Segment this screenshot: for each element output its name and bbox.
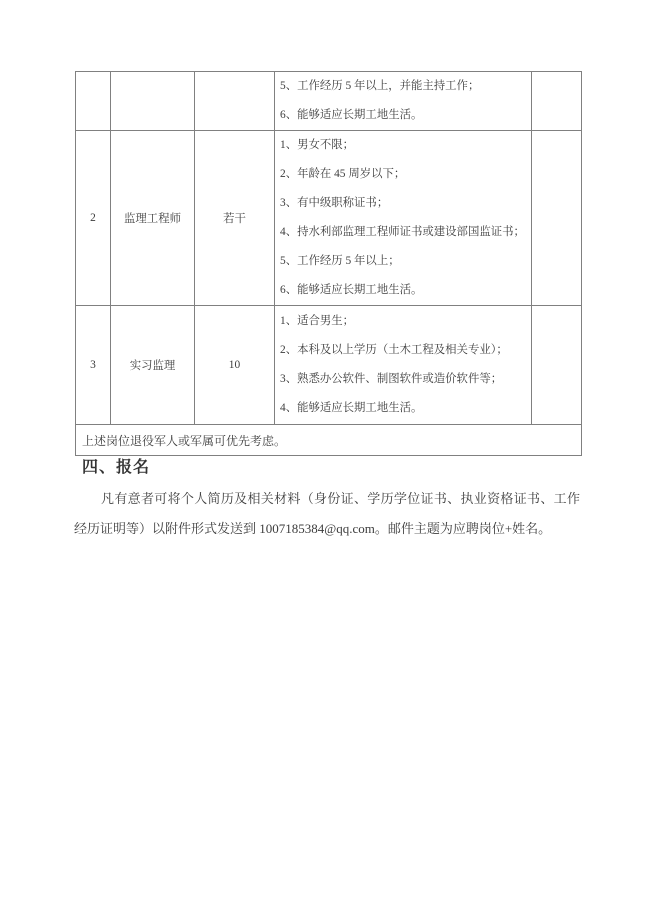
cell-empty	[532, 306, 582, 425]
cell-index	[76, 72, 111, 131]
table-row-intern-supervisor: 3 实习监理 10 1、适合男生； 2、本科及以上学历（土木工程及相关专业）； …	[76, 306, 582, 425]
table-row-footer-note: 上述岗位退役军人或军属可优先考虑。	[76, 425, 582, 456]
requirement-line: 2、本科及以上学历（土木工程及相关专业）；	[280, 336, 531, 365]
table-footer-note: 上述岗位退役军人或军属可优先考虑。	[76, 425, 582, 456]
cell-position: 实习监理	[111, 306, 195, 425]
requirement-line: 6、能够适应长期工地生活。	[280, 101, 531, 130]
cell-empty	[532, 72, 582, 131]
cell-requirements: 1、男女不限； 2、年龄在 45 周岁以下； 3、有中级职称证书； 4、持水利部…	[275, 131, 532, 306]
cell-position	[111, 72, 195, 131]
requirement-line: 1、适合男生；	[280, 307, 531, 336]
cell-count: 10	[195, 306, 275, 425]
cell-index: 2	[76, 131, 111, 306]
requirement-line: 3、熟悉办公软件、制图软件或造价软件等；	[280, 365, 531, 394]
requirement-line: 5、工作经历 5 年以上；	[280, 247, 531, 276]
requirement-line: 4、能够适应长期工地生活。	[280, 394, 531, 423]
document-page: 5、工作经历 5 年以上，并能主持工作； 6、能够适应长期工地生活。 2 监理工…	[0, 0, 650, 919]
recruitment-table: 5、工作经历 5 年以上，并能主持工作； 6、能够适应长期工地生活。 2 监理工…	[75, 71, 582, 456]
requirement-line: 1、男女不限；	[280, 131, 531, 160]
requirement-line: 4、持水利部监理工程师证书或建设部国监证书；	[280, 218, 531, 247]
requirement-line: 2、年龄在 45 周岁以下；	[280, 160, 531, 189]
requirement-line: 5、工作经历 5 年以上，并能主持工作；	[280, 72, 531, 101]
cell-index: 3	[76, 306, 111, 425]
requirement-line: 3、有中级职称证书；	[280, 189, 531, 218]
requirement-line: 6、能够适应长期工地生活。	[280, 276, 531, 305]
cell-position: 监理工程师	[111, 131, 195, 306]
section-heading-registration: 四、报名	[82, 454, 150, 477]
table-row-supervision-engineer: 2 监理工程师 若干 1、男女不限； 2、年龄在 45 周岁以下； 3、有中级职…	[76, 131, 582, 306]
cell-requirements: 1、适合男生； 2、本科及以上学历（土木工程及相关专业）； 3、熟悉办公软件、制…	[275, 306, 532, 425]
table-row-partial: 5、工作经历 5 年以上，并能主持工作； 6、能够适应长期工地生活。	[76, 72, 582, 131]
cell-empty	[532, 131, 582, 306]
cell-requirements: 5、工作经历 5 年以上，并能主持工作； 6、能够适应长期工地生活。	[275, 72, 532, 131]
registration-paragraph: 凡有意者可将个人简历及相关材料（身份证、学历学位证书、执业资格证书、工作经历证明…	[74, 484, 580, 544]
cell-count	[195, 72, 275, 131]
cell-count: 若干	[195, 131, 275, 306]
